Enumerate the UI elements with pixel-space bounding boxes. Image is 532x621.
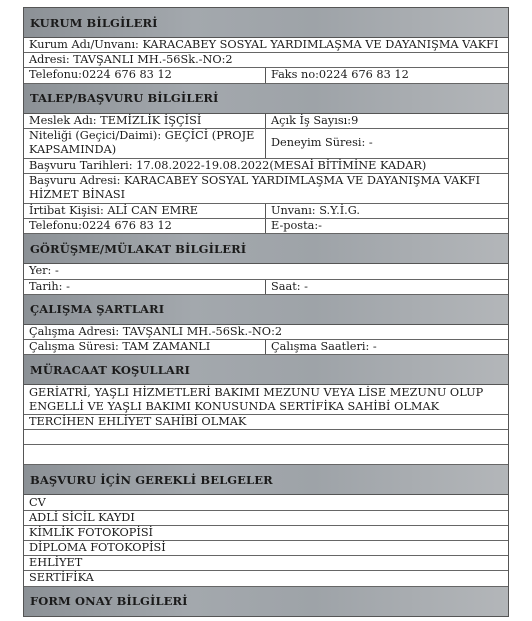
kurum-adi: Kurum Adı/Unvanı: KARACABEY SOSYAL YARDI… xyxy=(24,38,508,52)
row-muracaat-3 xyxy=(24,430,508,445)
basvuru-tarihleri: Başvuru Tarihleri: 17.08.2022-19.08.2022… xyxy=(24,159,508,173)
gorusme-tarih: Tarih: - xyxy=(24,280,266,294)
row-muracaat-1: GERİATRİ, YAŞLI HİZMETLERİ BAKIMI MEZUNU… xyxy=(24,385,508,415)
section-header-muracaat: MÜRACAAT KOŞULLARI xyxy=(24,355,508,385)
kurum-adres: Adresi: TAVŞANLI MH.-56Sk.-NO:2 xyxy=(24,53,508,67)
row-kurum-iletisim: Telefonu:0224 676 83 12 Faks no:0224 676… xyxy=(24,68,508,83)
row-tarih-saat: Tarih: - Saat: - xyxy=(24,280,508,295)
irtibat-unvan: Unvanı: S.Y.İ.G. xyxy=(266,204,508,218)
row-yer: Yer: - xyxy=(24,264,508,279)
belge-item: CV xyxy=(24,495,508,509)
section-header-talep: TALEP/BAŞVURU BİLGİLERİ xyxy=(24,84,508,114)
row-belge: ADLİ SİCİL KAYDI xyxy=(24,511,508,526)
talep-eposta: E-posta:- xyxy=(266,219,508,233)
section-header-kurum: KURUM BİLGİLERİ xyxy=(24,8,508,38)
section-header-belgeler: BAŞVURU İÇİN GEREKLİ BELGELER xyxy=(24,465,508,495)
belge-item: KİMLİK FOTOKOPİSİ xyxy=(24,526,508,540)
calisma-adresi: Çalışma Adresi: TAVŞANLI MH.-56Sk.-NO:2 xyxy=(24,325,508,339)
row-belge: CV xyxy=(24,495,508,510)
section-header-calisma: ÇALIŞMA ŞARTLARI xyxy=(24,295,508,325)
acik-is-sayisi: Açık İş Sayısı:9 xyxy=(266,114,508,128)
gorusme-yer: Yer: - xyxy=(24,264,508,278)
row-belge: SERTİFİKA xyxy=(24,571,508,586)
row-kurum-adi: Kurum Adı/Unvanı: KARACABEY SOSYAL YARDI… xyxy=(24,38,508,53)
row-belge: EHLİYET xyxy=(24,556,508,571)
kurum-faks: Faks no:0224 676 83 12 xyxy=(266,68,508,82)
row-talep-iletisim: Telefonu:0224 676 83 12 E-posta:- xyxy=(24,219,508,234)
row-belge: KİMLİK FOTOKOPİSİ xyxy=(24,526,508,541)
deneyim-suresi: Deneyim Süresi: - xyxy=(266,129,508,158)
belge-item: DİPLOMA FOTOKOPİSİ xyxy=(24,541,508,555)
section-header-onay: FORM ONAY BİLGİLERİ xyxy=(24,587,508,617)
calisma-suresi: Çalışma Süresi: TAM ZAMANLI xyxy=(24,340,266,354)
row-niteligi: Niteliği (Geçici/Daimi): GEÇİCİ (PROJE K… xyxy=(24,129,508,159)
muracaat-kosulu: GERİATRİ, YAŞLI HİZMETLERİ BAKIMI MEZUNU… xyxy=(24,385,508,414)
meslek-adi: Meslek Adı: TEMİZLİK İŞÇİSİ xyxy=(24,114,266,128)
niteligi: Niteliği (Geçici/Daimi): GEÇİCİ (PROJE K… xyxy=(24,129,266,158)
row-kurum-adres: Adresi: TAVŞANLI MH.-56Sk.-NO:2 xyxy=(24,53,508,68)
kurum-telefon: Telefonu:0224 676 83 12 xyxy=(24,68,266,82)
gorusme-saat: Saat: - xyxy=(266,280,508,294)
muracaat-kosulu xyxy=(24,445,508,464)
row-meslek: Meslek Adı: TEMİZLİK İŞÇİSİ Açık İş Sayı… xyxy=(24,114,508,129)
muracaat-kosulu xyxy=(24,430,508,444)
irtibat-kisisi: İrtibat Kişisi: ALİ CAN EMRE xyxy=(24,204,266,218)
row-belge: DİPLOMA FOTOKOPİSİ xyxy=(24,541,508,556)
basvuru-adresi: Başvuru Adresi: KARACABEY SOSYAL YARDIML… xyxy=(24,174,508,203)
calisma-saatleri: Çalışma Saatleri: - xyxy=(266,340,508,354)
belge-item: EHLİYET xyxy=(24,556,508,570)
muracaat-kosulu: TERCİHEN EHLİYET SAHİBİ OLMAK xyxy=(24,415,508,429)
row-basvuru-adresi: Başvuru Adresi: KARACABEY SOSYAL YARDIML… xyxy=(24,174,508,204)
section-header-gorusme: GÖRÜŞME/MÜLAKAT BİLGİLERİ xyxy=(24,234,508,264)
job-posting-form: KURUM BİLGİLERİ Kurum Adı/Unvanı: KARACA… xyxy=(23,7,509,617)
talep-telefon: Telefonu:0224 676 83 12 xyxy=(24,219,266,233)
row-calisma-sure: Çalışma Süresi: TAM ZAMANLI Çalışma Saat… xyxy=(24,340,508,355)
row-calisma-adresi: Çalışma Adresi: TAVŞANLI MH.-56Sk.-NO:2 xyxy=(24,325,508,340)
row-irtibat: İrtibat Kişisi: ALİ CAN EMRE Unvanı: S.Y… xyxy=(24,204,508,219)
row-muracaat-2: TERCİHEN EHLİYET SAHİBİ OLMAK xyxy=(24,415,508,430)
row-muracaat-4 xyxy=(24,445,508,465)
belge-item: ADLİ SİCİL KAYDI xyxy=(24,511,508,525)
row-basvuru-tarihleri: Başvuru Tarihleri: 17.08.2022-19.08.2022… xyxy=(24,159,508,174)
belge-item: SERTİFİKA xyxy=(24,571,508,585)
